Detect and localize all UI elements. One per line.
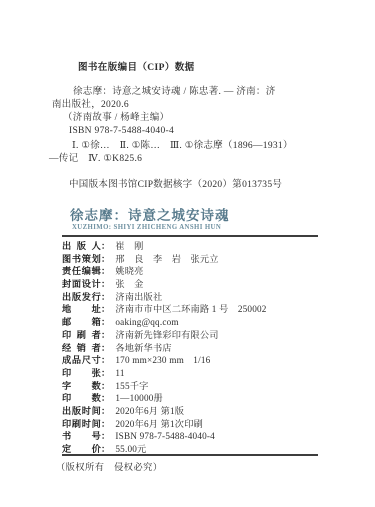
colophon-row: 书号：ISBN 978-7-5488-4040-4 [62,430,325,443]
colophon-row: 印刷者：济南新先锋彩印有限公司 [62,329,325,342]
colophon-row-value: 155千字 [115,381,148,391]
colophon-row: 印刷时间：2020年6月 第1次印刷 [62,418,325,431]
colophon-row-label: 成品尺寸 [62,354,101,367]
colophon-row: 印张：11 [62,367,325,380]
colophon-row: 成品尺寸：170 mm×230 mm 1/16 [62,354,325,367]
colophon-row-label: 书号 [62,430,101,443]
colophon-row-separator: ： [101,355,110,365]
colophon-row-label: 出版时间 [62,405,101,418]
colophon-row: 出版时间：2020年6月 第1版 [62,405,325,418]
colophon-row-value: 各地新华书店 [115,343,171,353]
colophon-row-separator: ： [101,381,110,391]
colophon-row-label: 封面设计 [62,278,101,291]
cip-series-note: （济南故事 / 杨峰主编） [63,112,325,125]
colophon-row-label: 字数 [62,380,101,393]
cip-record-line-2: 南出版社，2020.6 [52,99,325,112]
colophon-row-separator: ： [101,393,110,403]
cip-record-line-1: 徐志摩：诗意之城安诗魂 / 陈忠著. — 济南：济 [73,86,325,99]
colophon-row-separator: ： [101,343,110,353]
colophon-row-separator: ： [101,431,110,441]
colophon-row-value: 1—10000册 [115,393,163,403]
colophon-row-separator: ： [101,279,110,289]
colophon-row-value: 2020年6月 第1版 [115,406,184,416]
colophon-row: 出版人：崔 刚 [62,240,325,253]
colophon-row: 地址：济南市市中区二环南路 1 号 250002 [62,303,325,316]
colophon-row-label: 责任编辑 [62,265,101,278]
colophon-row-value: 姚晓亮 [115,266,143,276]
colophon-row-label: 地址 [62,303,101,316]
colophon-row-label: 图书策划 [62,253,101,266]
colophon-row-value: ISBN 978-7-5488-4040-4 [115,431,215,441]
colophon-row-value: 2020年6月 第1次印刷 [115,419,203,429]
colophon-row-label: 印刷者 [62,329,101,342]
colophon-row-separator: ： [101,419,110,429]
colophon-row-label: 出版发行 [62,291,101,304]
colophon-row-value: 济南市市中区二环南路 1 号 250002 [115,304,266,314]
colophon-row: 字数：155千字 [62,380,325,393]
colophon-row: 封面设计：张 金 [62,278,325,291]
colophon-row-value: 济南出版社 [115,292,162,302]
colophon-row-separator: ： [101,330,110,340]
colophon-row-label: 印张 [62,367,101,380]
colophon-row-value: 济南新先锋彩印有限公司 [115,330,218,340]
title-divider [62,235,318,237]
colophon-row-separator: ： [101,266,110,276]
colophon-row-separator: ： [101,241,110,251]
footer-divider [62,454,318,456]
colophon-row-label: 印刷时间 [62,418,101,431]
copyright-notice: （版权所有 侵权必究） [56,459,163,473]
cip-classification-line-2: —传记 Ⅳ. ①K825.6 [49,153,325,166]
colophon-row-label: 出版人 [62,240,101,253]
copyright-page: 图书在版编目（CIP）数据 徐志摩：诗意之城安诗魂 / 陈忠著. — 济南：济 … [0,0,375,507]
cip-record: 徐志摩：诗意之城安诗魂 / 陈忠著. — 济南：济 南出版社，2020.6 （济… [52,86,325,138]
colophon-row-separator: ： [101,444,110,454]
colophon-row: 经销者：各地新华书店 [62,342,325,355]
colophon-row-value: 崔 刚 [115,241,143,251]
colophon-row: 出版发行：济南出版社 [62,291,325,304]
colophon-row-value: 55.00元 [115,444,146,454]
colophon-row: 印数：1—10000册 [62,392,325,405]
book-title: 徐志摩：诗意之城安诗魂 [70,204,230,224]
colophon-row-value: 170 mm×230 mm 1/16 [115,355,210,365]
colophon-row-value: oaking@qq.com [115,317,178,327]
colophon-table: 出版人：崔 刚 图书策划：邢 良 李 岩 张元立 责任编辑：姚晓亮 封面设计：张… [62,240,325,456]
colophon-row-separator: ： [101,304,110,314]
colophon-row-label: 印数 [62,392,101,405]
colophon-row-label: 经销者 [62,342,101,355]
cip-classification-line-1: Ⅰ. ①徐… Ⅱ. ①陈… Ⅲ. ①徐志摩（1896—1931） [72,140,325,153]
colophon-row-value: 11 [115,368,124,378]
colophon-row-separator: ： [101,368,110,378]
cip-heading: 图书在版编目（CIP）数据 [78,59,195,73]
colophon-row-separator: ： [101,406,110,416]
colophon-row-value: 张 金 [115,279,143,289]
colophon-row-separator: ： [101,292,110,302]
colophon-row: 邮箱：oaking@qq.com [62,316,325,329]
book-title-pinyin: XUZHIMO: SHIYI ZHICHENG ANSHI HUN [72,224,221,231]
colophon-row-value: 邢 良 李 岩 张元立 [115,254,218,264]
colophon-row-separator: ： [101,254,110,264]
colophon-row-separator: ： [101,317,110,327]
cip-classification: Ⅰ. ①徐… Ⅱ. ①陈… Ⅲ. ①徐志摩（1896—1931） —传记 Ⅳ. … [52,140,325,166]
cip-isbn: ISBN 978-7-5488-4040-4 [69,125,325,138]
colophon-row: 责任编辑：姚晓亮 [62,265,325,278]
cip-record-number: 中国版本图书馆CIP数据核字（2020）第013735号 [69,176,282,190]
colophon-row: 图书策划：邢 良 李 岩 张元立 [62,253,325,266]
colophon-row-label: 邮箱 [62,316,101,329]
